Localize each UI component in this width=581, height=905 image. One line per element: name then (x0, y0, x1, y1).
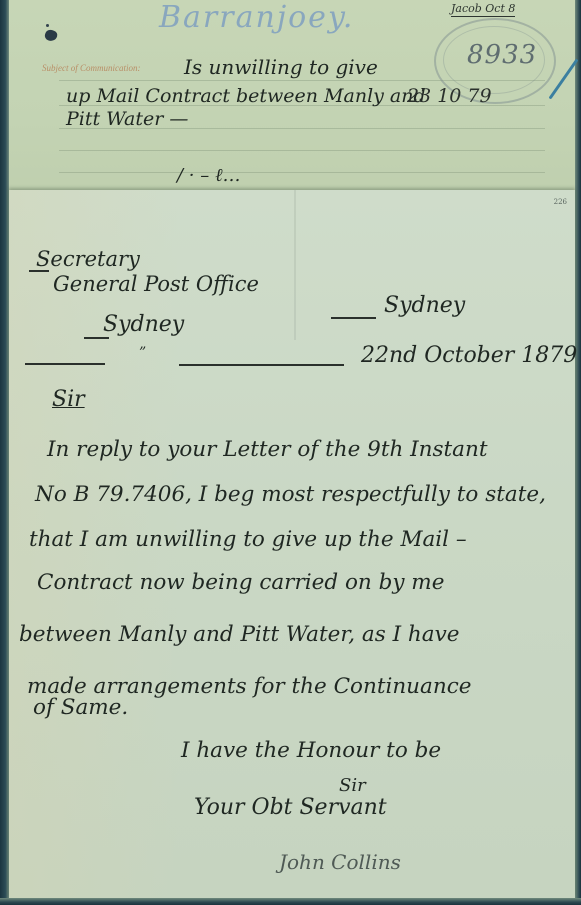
addressee-line: Secretary (36, 247, 140, 271)
addressee-line: General Post Office (53, 272, 259, 296)
folio-reference: Jacob Oct 8 (451, 2, 515, 17)
body-line: Contract now being carried on by me (37, 570, 444, 595)
paper-fold (294, 190, 296, 340)
subject-date: 23 10 79 (407, 85, 492, 107)
flourish-dash (331, 317, 376, 319)
flourish-dash (25, 363, 105, 365)
ditto-mark: ” (139, 345, 146, 361)
scan-border-left (0, 0, 9, 905)
body-line: No B 79.7406, I beg most respectfully to… (35, 482, 546, 507)
body-line: of Same. (33, 695, 128, 720)
ink-blot (43, 28, 58, 42)
page-number: 226 (554, 198, 567, 206)
flourish-dash (84, 337, 109, 339)
body-line: that I am unwilling to give up the Mail … (29, 527, 467, 552)
registration-number: 8933 (467, 40, 537, 70)
subject-line: Is unwilling to give (184, 55, 378, 79)
letter-date: 22nd October 1879 (361, 343, 577, 368)
closing-sir: Sir (339, 775, 366, 796)
place-heading: Barranjoey. (159, 0, 354, 35)
cover-handwriting-fragment: / · – ℓ… (177, 165, 240, 186)
cover-docket: Barranjoey. Jacob Oct 8 8933 Subject of … (9, 0, 575, 200)
ink-dot (46, 24, 49, 27)
scan-border-bottom (0, 898, 581, 905)
ruled-line (59, 150, 545, 151)
scan-border-right (575, 0, 581, 905)
signature: John Collins (279, 850, 401, 874)
subject-line: Pitt Water — (66, 108, 188, 130)
subject-line: up Mail Contract between Manly and (66, 85, 426, 107)
letter-page: 226 Secretary General Post Office Sydney… (9, 190, 575, 898)
addressee-line: Sydney (103, 312, 184, 337)
closing-line: I have the Honour to be (181, 738, 441, 763)
subject-label: Subject of Communication: (42, 63, 141, 73)
body-line: between Manly and Pitt Water, as I have (19, 622, 459, 647)
ruled-line (59, 172, 545, 173)
sender-place: Sydney (384, 293, 465, 318)
closing-line: Your Obt Servant (194, 795, 387, 820)
salutation: Sir (52, 387, 85, 412)
flourish-dash (179, 364, 344, 366)
body-line: In reply to your Letter of the 9th Insta… (47, 437, 487, 462)
